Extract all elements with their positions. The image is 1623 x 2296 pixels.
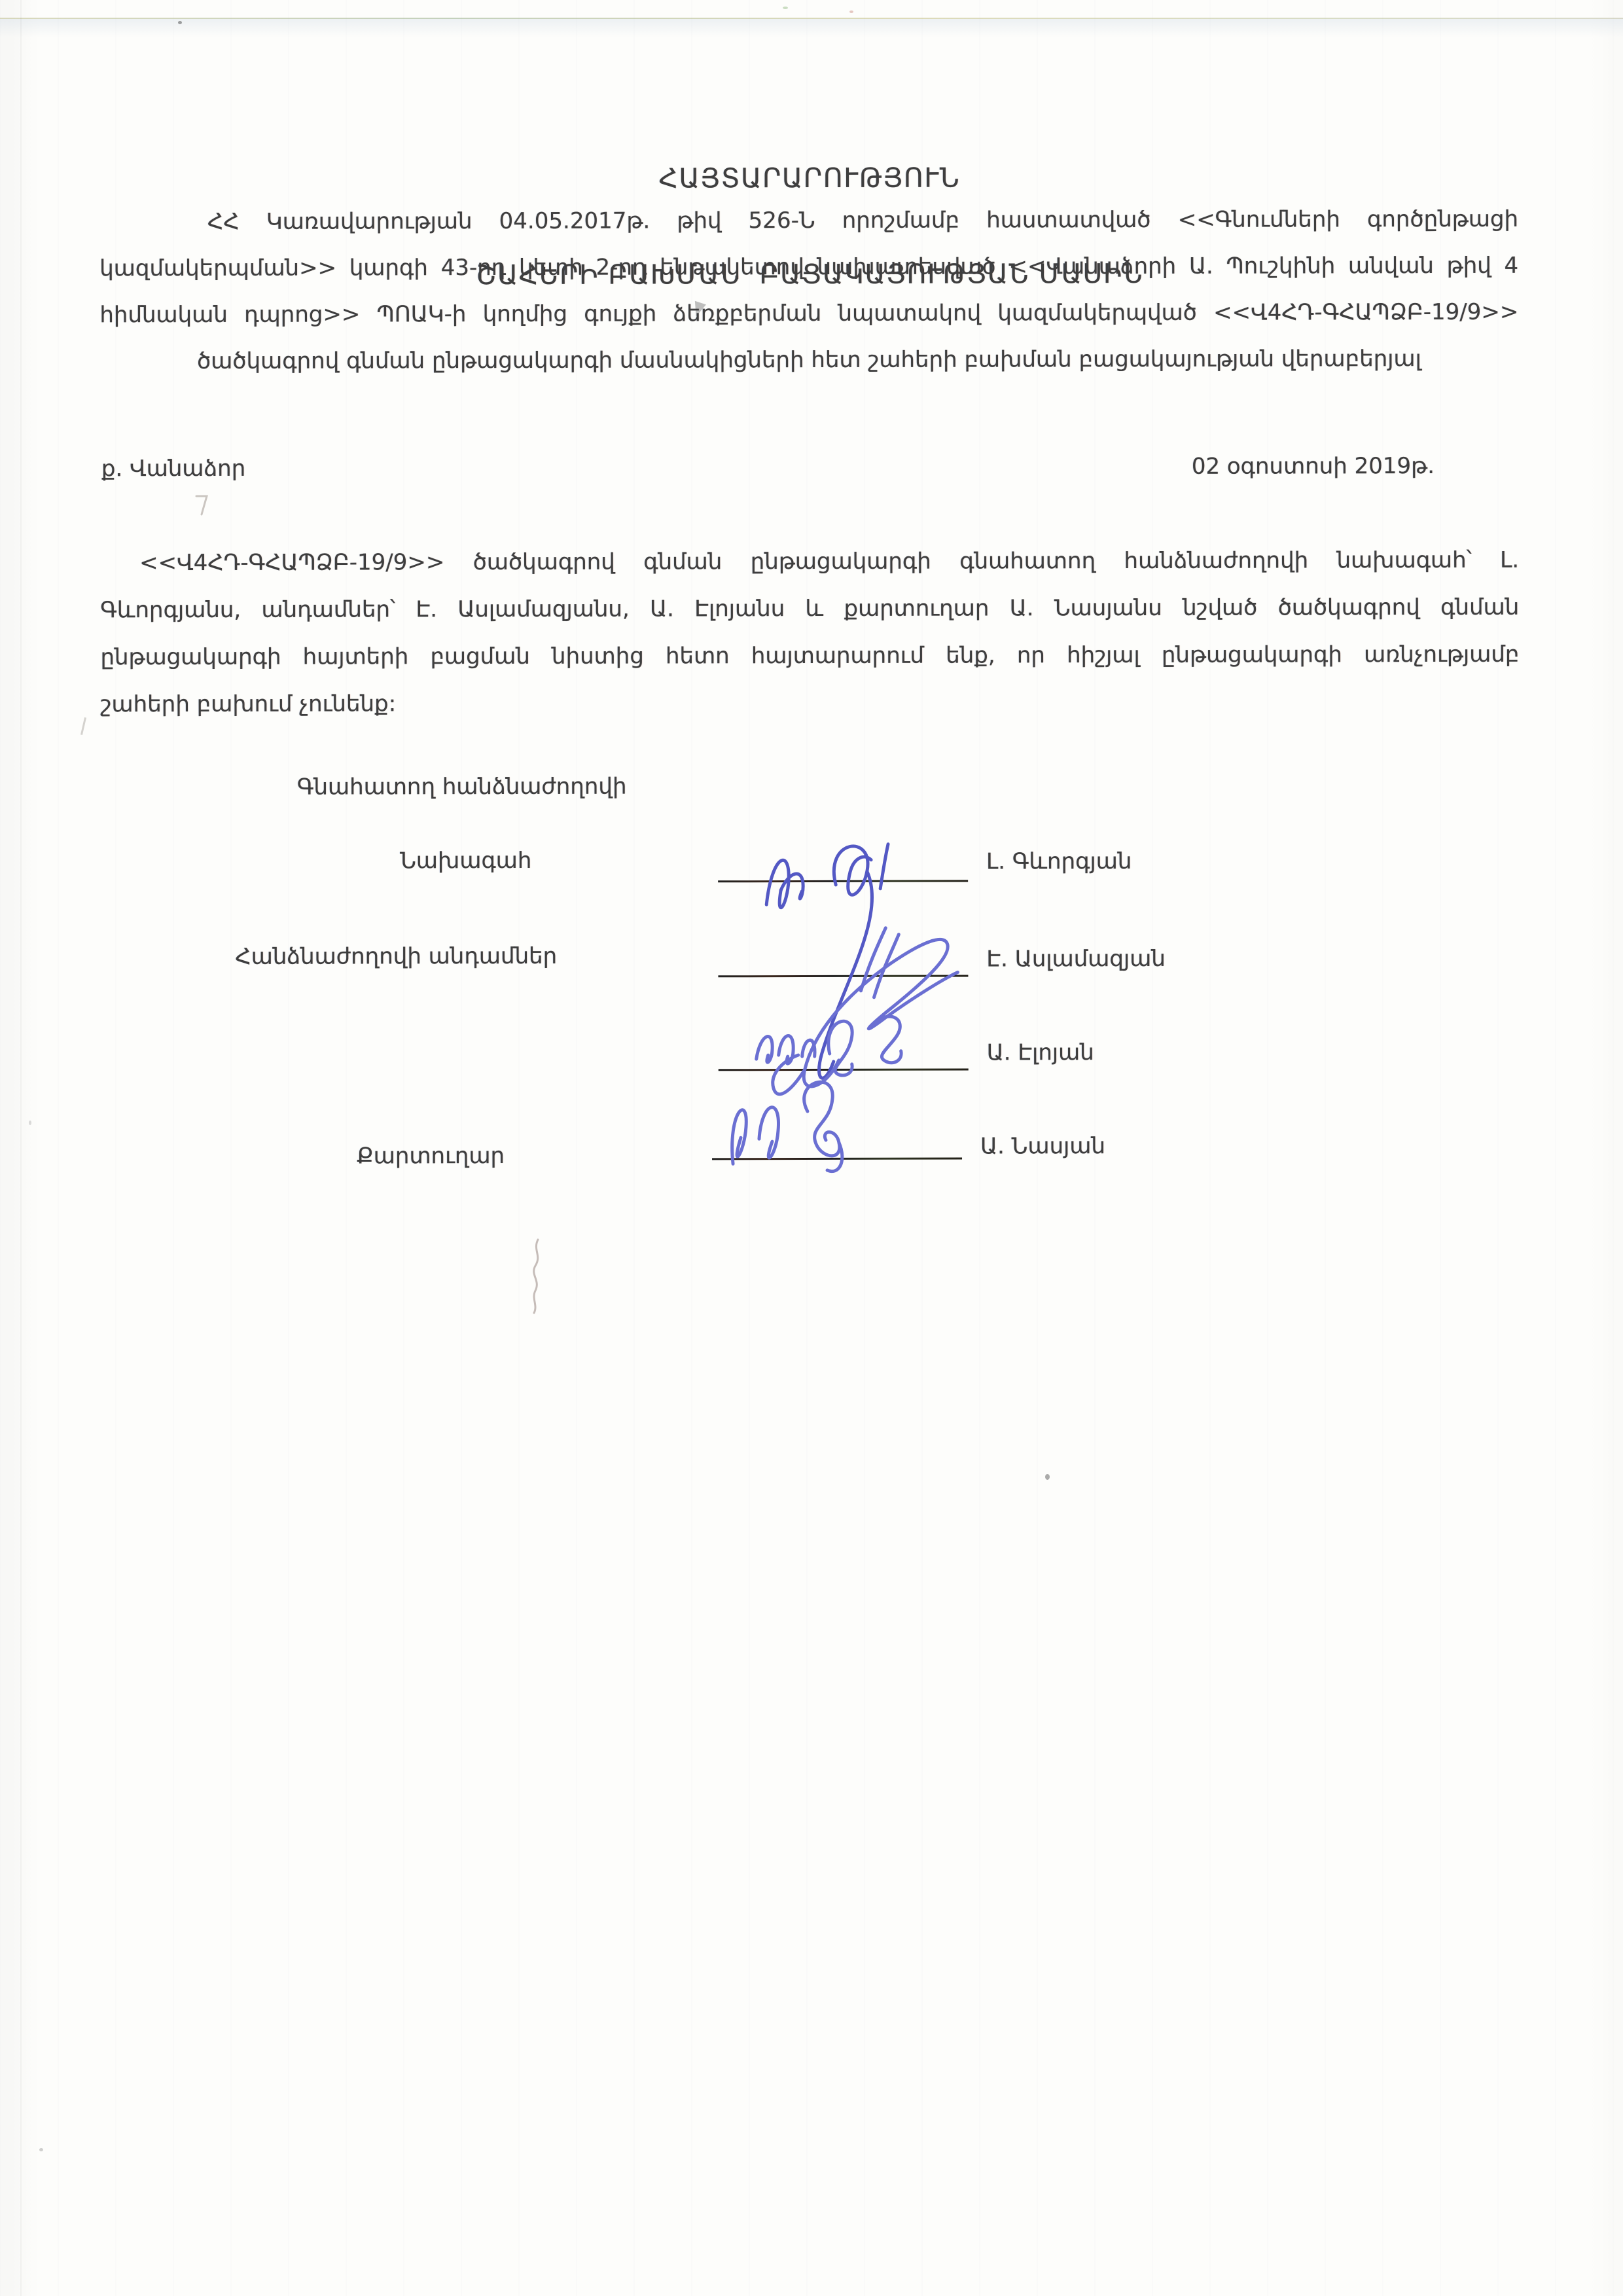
intro-line: ՀՀ Կառավարության 04.05.2017թ. թիվ 526-Ն …: [99, 196, 1518, 246]
signature-role-secretary: Քարտուղար: [357, 1143, 505, 1169]
signatory-name-aslamazyan: Է. Ասլամազյան: [986, 946, 1166, 973]
body-line: շահերի բախում չունենք:: [101, 678, 1520, 728]
date-label: 02 օգոստոսի 2019թ.: [1192, 453, 1435, 480]
intro-line: կազմակերպման>> կարգի 43-րդ կետի 2-րդ ենթ…: [99, 243, 1518, 293]
signature-role-members: Հանձնաժողովի անդամներ: [235, 943, 557, 970]
intro-paragraph: ՀՀ Կառավարության 04.05.2017թ. թիվ 526-Ն …: [99, 196, 1519, 386]
scanned-declaration-page: ՀԱՅՏԱՐԱՐՈՒԹՅՈՒՆ ՇԱՀԵՐԻ ԲԱԽՄԱՆ ԲԱՑԱԿԱՅՈՒԹ…: [0, 0, 1623, 2296]
body-line: <<Վ4ՀԴ-ԳՀԱՊՁԲ-19/9>> ծածկագրով գնման ընթ…: [100, 537, 1519, 587]
signature-block-heading: Գնահատող հանձնաժողովի: [297, 774, 627, 800]
city-label: ք. Վանաձոր: [101, 456, 246, 482]
signatory-name-nasyan: Ա. Նասյան: [980, 1133, 1105, 1159]
signature-role-chairman: Նախագահ: [400, 848, 531, 874]
body-line: ընթացակարգի հայտերի բացման նիստից հետո հ…: [100, 631, 1519, 681]
meta-row: ք. Վանաձոր 02 օգոստոսի 2019թ.: [100, 453, 1519, 485]
signature-nasyan-ink: [708, 1064, 904, 1183]
body-line: Գևորգյանս, անդամներ՝ Է. Ասլամազյանս, Ա. …: [100, 584, 1519, 634]
signatory-name-gevorgyan: Լ. Գևորգյան: [986, 848, 1132, 874]
intro-line: ծածկագրով գնման ընթացակարգի մասնակիցների…: [99, 336, 1518, 386]
body-paragraph: <<Վ4ՀԴ-ԳՀԱՊՁԲ-19/9>> ծածկագրով գնման ընթ…: [100, 537, 1520, 728]
document-title-line1: ՀԱՅՏԱՐԱՐՈՒԹՅՈՒՆ: [0, 160, 1621, 196]
intro-line: հիմնական դպրոց>> ՊՈԱԿ-ի կողմից գույքի ձե…: [99, 289, 1518, 339]
